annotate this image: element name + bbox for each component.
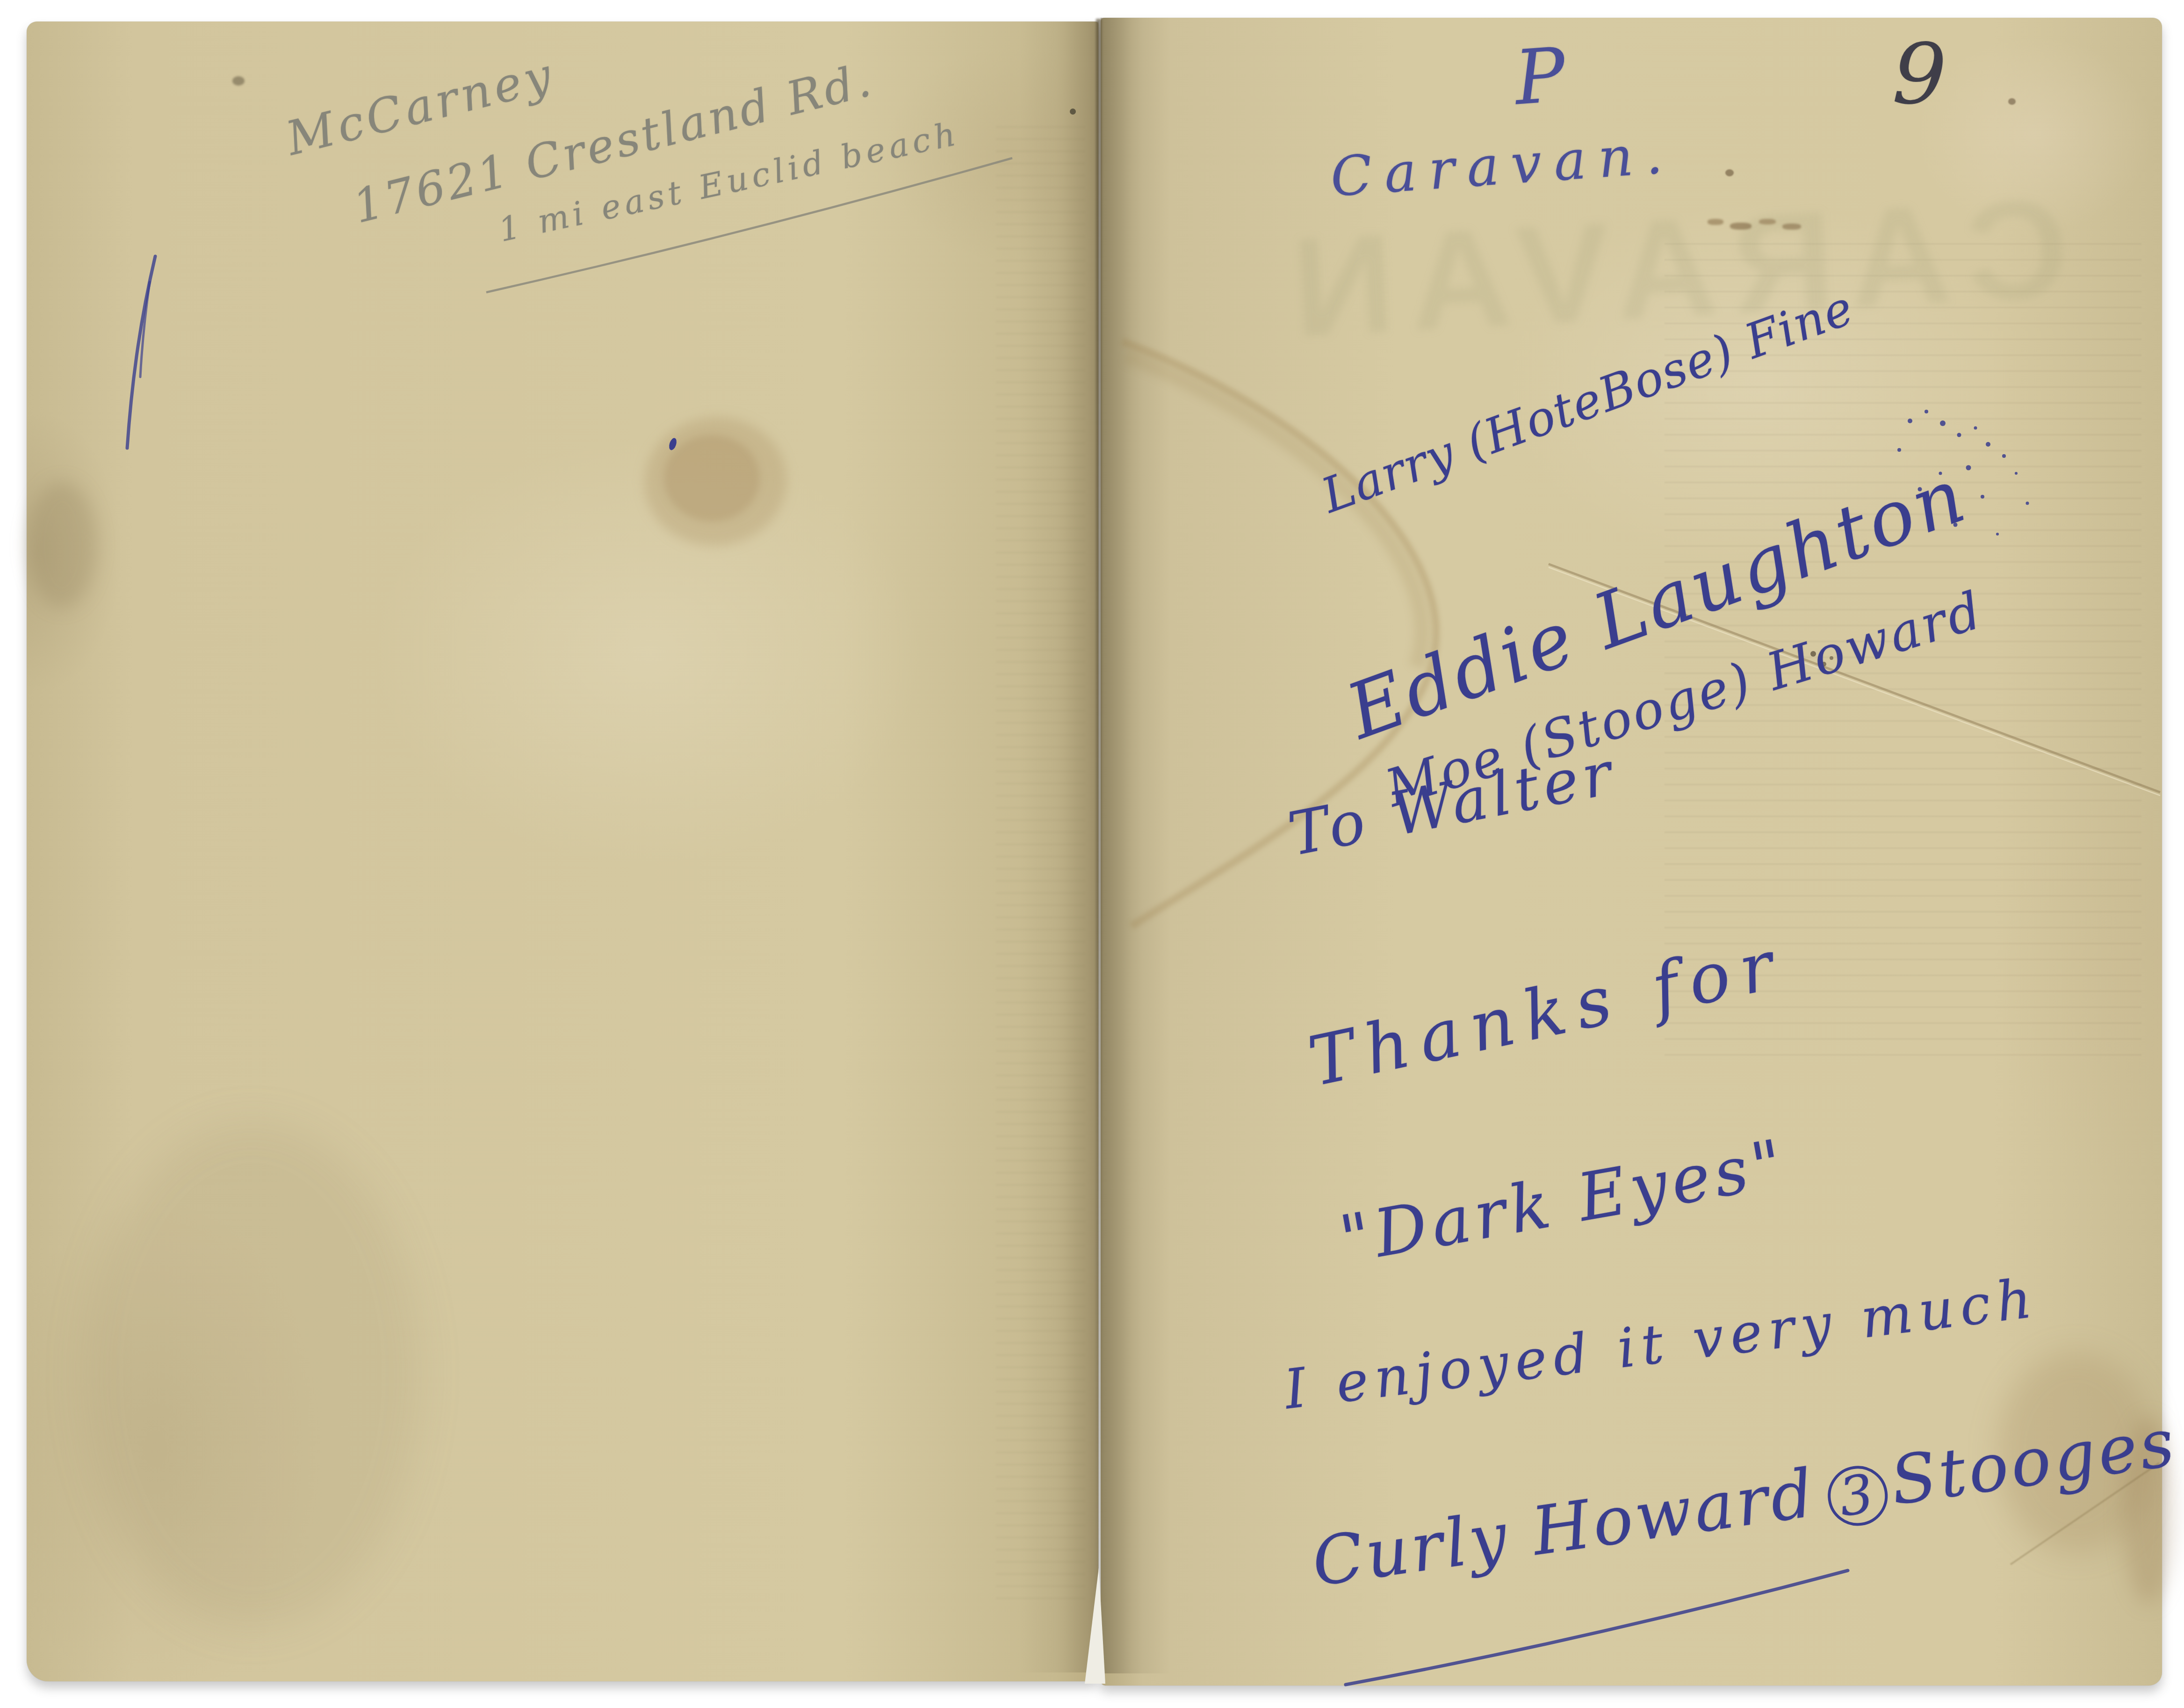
letter-p-mark: P <box>1512 31 1568 122</box>
circled-three: 3 <box>1824 1462 1891 1529</box>
scanned-autograph-spread: CARAVAN <box>0 0 2184 1708</box>
left-page <box>27 22 1098 1681</box>
page-number: 9 <box>1891 25 1948 124</box>
